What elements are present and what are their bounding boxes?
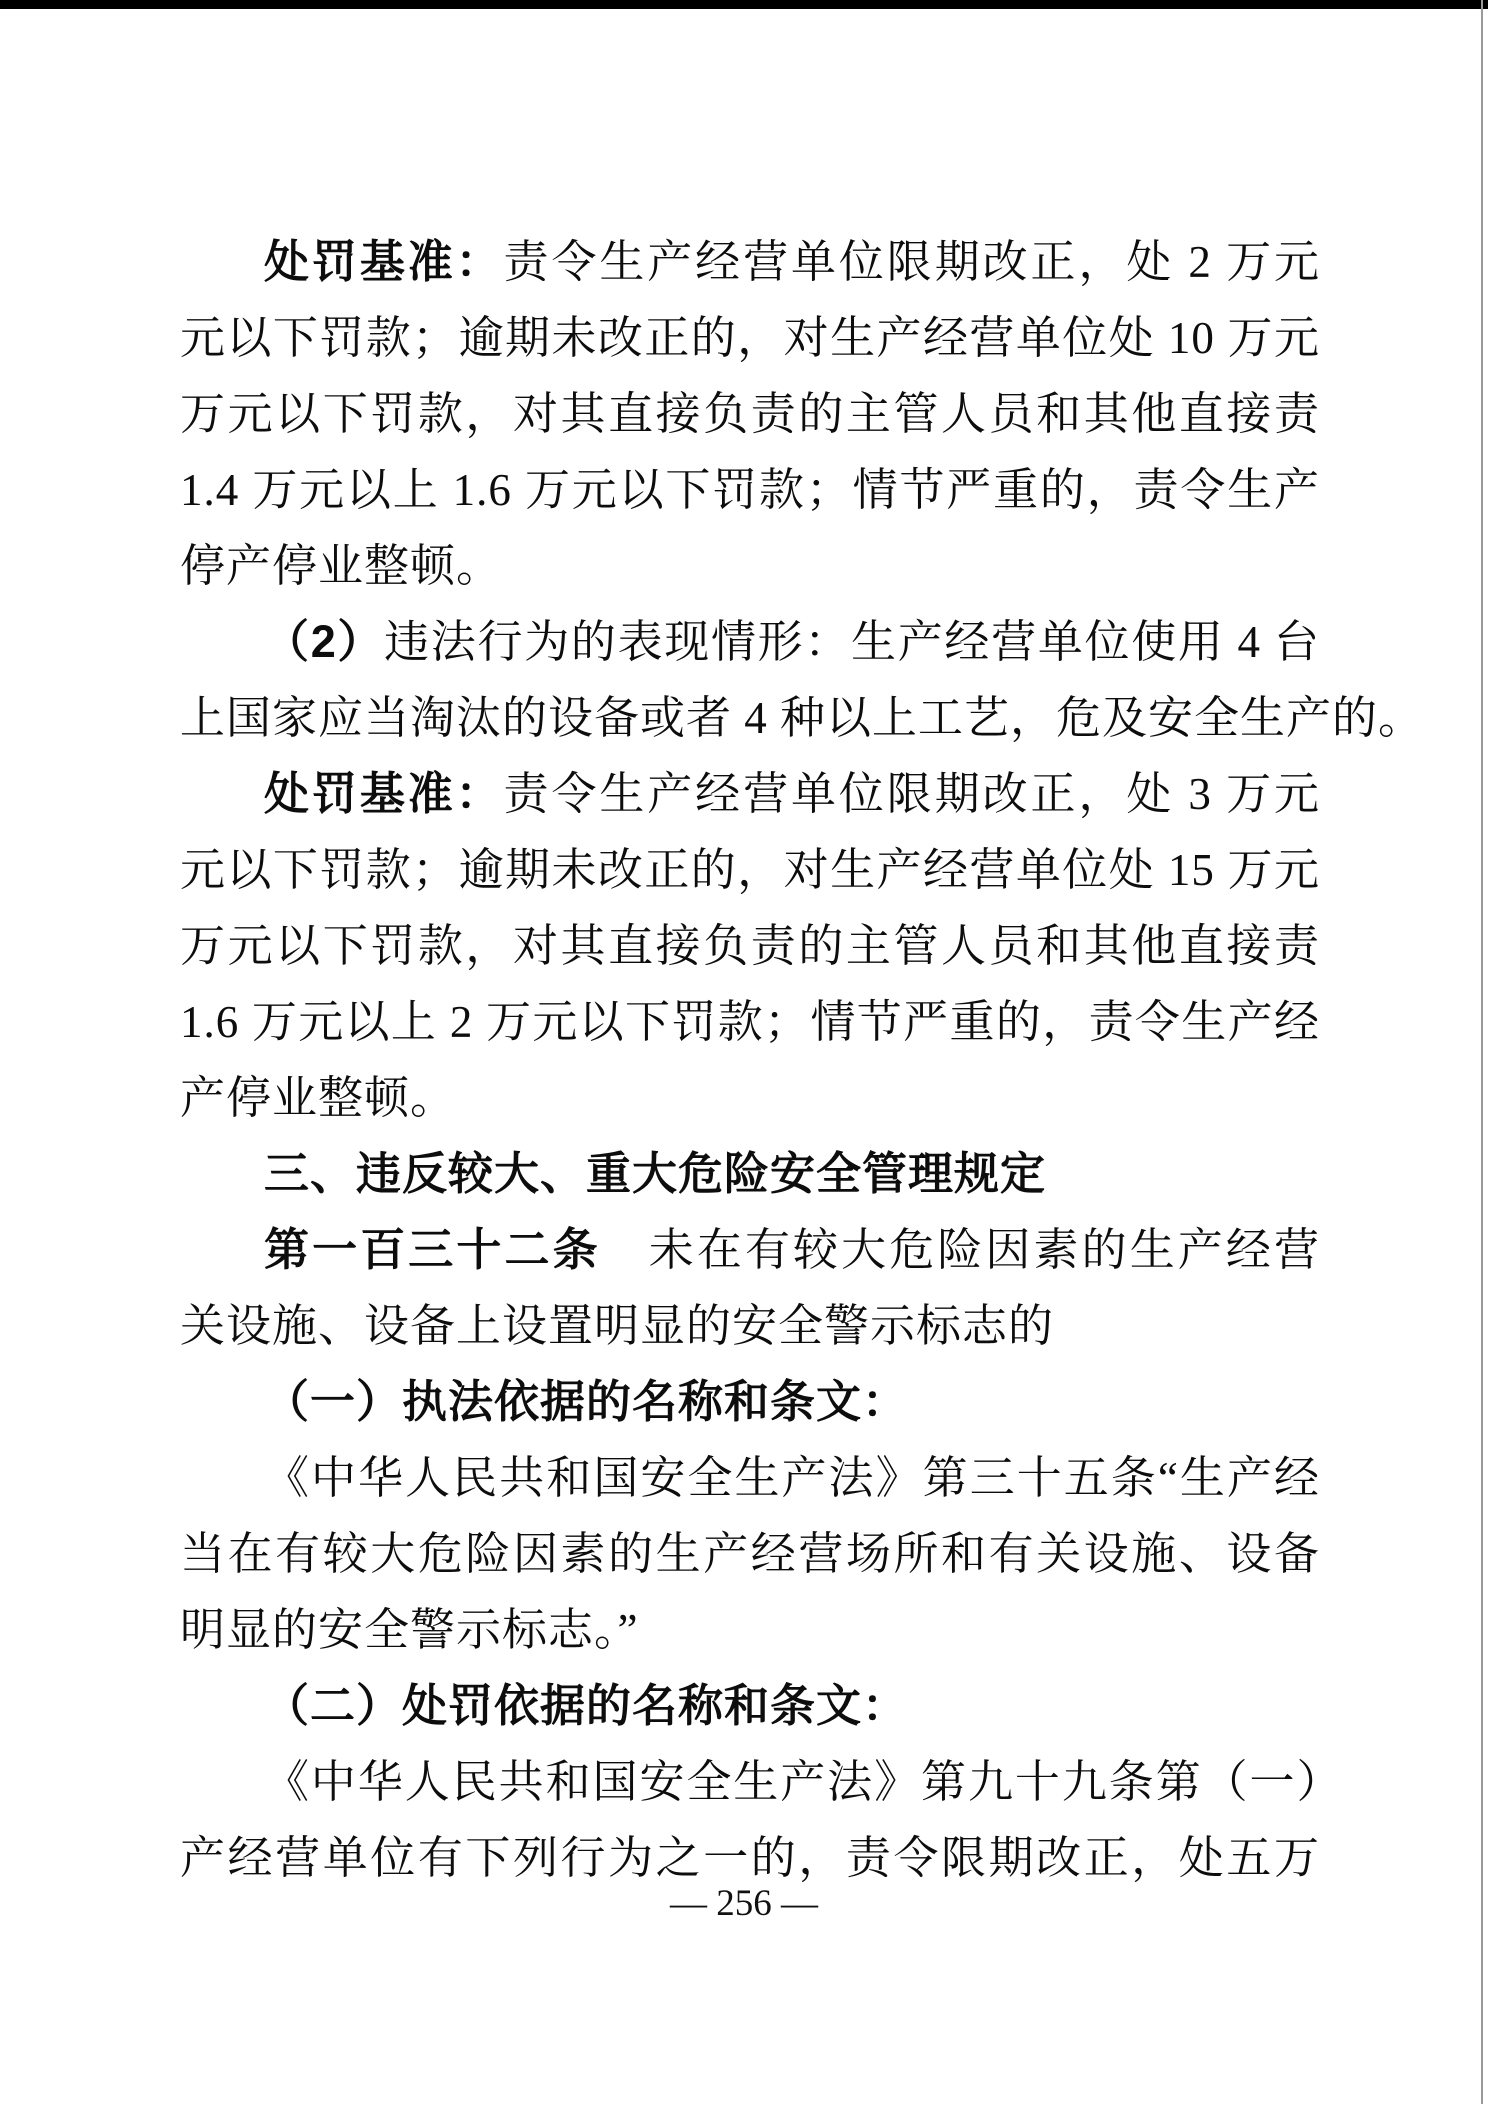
text-line: 停产停业整顿。 [180, 528, 1320, 604]
text-line: 万元以下罚款，对其直接负责的主管人员和其他直接责任人员处 [180, 376, 1320, 452]
text-line: 《中华人民共和国安全生产法》第三十五条“生产经营单位应 [180, 1440, 1320, 1516]
line-text: 元以下罚款；逾期未改正的，对生产经营单位处 10 万元以上 15 [180, 313, 1320, 376]
text-line: 关设施、设备上设置明显的安全警示标志的 [180, 1288, 1320, 1364]
text-line: 当在有较大危险因素的生产经营场所和有关设施、设备上，设置 [180, 1516, 1320, 1592]
line-text: 产停业整顿。 [180, 1073, 456, 1123]
section-heading: 三、违反较大、重大危险安全管理规定 [180, 1136, 1320, 1212]
text-line: 产停业整顿。 [180, 1060, 1320, 1136]
text-line: 1.6 万元以上 2 万元以下罚款；情节严重的，责令生产经营单位停 [180, 984, 1320, 1060]
text-line: 元以下罚款；逾期未改正的，对生产经营单位处 15 万元以上 20 [180, 832, 1320, 908]
bold-lead: （2） [264, 616, 384, 667]
scan-top-black-bar [0, 0, 1488, 9]
heading-text: （二）处罚依据的名称和条文： [264, 1680, 908, 1731]
sub-heading: （二）处罚依据的名称和条文： [180, 1668, 1320, 1744]
line-text: 《中华人民共和国安全生产法》第三十五条“生产经营单位应 [264, 1453, 1320, 1516]
text-line: 处罚基准：责令生产经营单位限期改正，处 2 万元以上 3 万 [180, 224, 1320, 300]
line-text: 上国家应当淘汰的设备或者 4 种以上工艺，危及安全生产的。 [180, 693, 1424, 743]
text-line: 处罚基准：责令生产经营单位限期改正，处 3 万元以上 5 万 [180, 756, 1320, 832]
bold-lead: 第一百三十二条 [264, 1224, 601, 1275]
text-line: 第一百三十二条 未在有较大危险因素的生产经营场所和有 [180, 1212, 1320, 1288]
line-text: 元以下罚款；逾期未改正的，对生产经营单位处 15 万元以上 20 [180, 845, 1320, 908]
text-line: 上国家应当淘汰的设备或者 4 种以上工艺，危及安全生产的。 [180, 680, 1320, 756]
line-text: 万元以下罚款，对其直接负责的主管人员和其他直接责任人员处 [180, 921, 1320, 984]
heading-text: 三、违反较大、重大危险安全管理规定 [264, 1148, 1046, 1199]
line-text: 《中华人民共和国安全生产法》第九十九条第（一）项：“生 [264, 1757, 1320, 1820]
sub-heading: （一）执法依据的名称和条文： [180, 1364, 1320, 1440]
page-number: — 256 — [0, 1882, 1488, 1926]
line-text: 万元以下罚款，对其直接负责的主管人员和其他直接责任人员处 [180, 389, 1320, 452]
line-text: 停产停业整顿。 [180, 541, 502, 591]
document-body: 处罚基准：责令生产经营单位限期改正，处 2 万元以上 3 万 元以下罚款；逾期未… [180, 224, 1320, 1896]
text-line: 元以下罚款；逾期未改正的，对生产经营单位处 10 万元以上 15 [180, 300, 1320, 376]
text-line: 1.4 万元以上 1.6 万元以下罚款；情节严重的，责令生产经营单位 [180, 452, 1320, 528]
text-line: 《中华人民共和国安全生产法》第九十九条第（一）项：“生 [180, 1744, 1320, 1820]
heading-text: （一）执法依据的名称和条文： [264, 1376, 908, 1427]
line-text: 关设施、设备上设置明显的安全警示标志的 [180, 1301, 1054, 1351]
line-text: 违法行为的表现情形：生产经营单位使用 4 台（套）以 [264, 617, 1320, 680]
document-page: 处罚基准：责令生产经营单位限期改正，处 2 万元以上 3 万 元以下罚款；逾期未… [0, 0, 1488, 2104]
bold-lead: 处罚基准： [264, 236, 504, 287]
line-text: 明显的安全警示标志。” [180, 1605, 638, 1655]
line-text: 1.4 万元以上 1.6 万元以下罚款；情节严重的，责令生产经营单位 [180, 465, 1320, 528]
text-line: （2）违法行为的表现情形：生产经营单位使用 4 台（套）以 [180, 604, 1320, 680]
scan-right-edge-line [1481, 0, 1483, 2104]
bold-lead: 处罚基准： [264, 768, 504, 819]
line-text: 1.6 万元以上 2 万元以下罚款；情节严重的，责令生产经营单位停 [180, 997, 1320, 1060]
line-text: 当在有较大危险因素的生产经营场所和有关设施、设备上，设置 [180, 1529, 1320, 1592]
text-line: 万元以下罚款，对其直接负责的主管人员和其他直接责任人员处 [180, 908, 1320, 984]
text-line: 明显的安全警示标志。” [180, 1592, 1320, 1668]
